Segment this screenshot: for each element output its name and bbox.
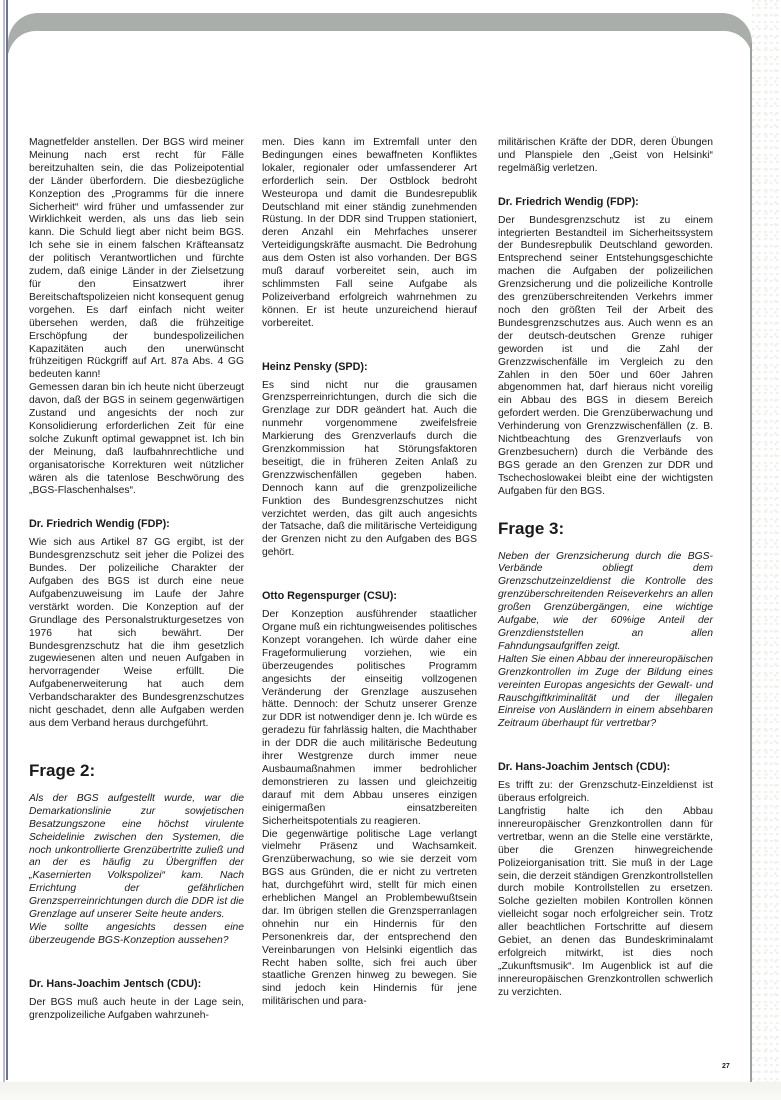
paragraph: Wie sich aus Artikel 87 GG ergibt, ist d…	[29, 537, 244, 731]
page-number: 27	[722, 1063, 730, 1070]
column-1: Magnetfelder anstellen. Der BGS wird mei…	[29, 137, 244, 1022]
article-body: Magnetfelder anstellen. Der BGS wird mei…	[29, 137, 741, 1077]
paragraph: militärischen Kräfte der DDR, deren Übun…	[498, 137, 713, 176]
paragraph: Gemessen daran bin ich heute nicht überz…	[29, 382, 244, 498]
question-title: Frage 2:	[29, 761, 244, 781]
question-text: Als der BGS aufgestellt wurde, war die D…	[29, 793, 244, 922]
speaker-block: Dr. Hans-Joachim Jentsch (CDU): Es triff…	[498, 761, 713, 999]
paragraph: Magnetfelder anstellen. Der BGS wird mei…	[29, 137, 244, 382]
speaker-block: Dr. Friedrich Wendig (FDP): Wie sich aus…	[29, 518, 244, 731]
question-title: Frage 3:	[498, 519, 713, 539]
speaker-block: Dr. Friedrich Wendig (FDP): Der Bundesgr…	[498, 196, 713, 499]
paragraph: Die gegenwärtige politische Lage verlang…	[262, 829, 477, 1010]
speaker-name: Dr. Hans-Joachim Jentsch (CDU):	[498, 761, 713, 774]
scan-margin-texture	[752, 0, 781, 1100]
frame-right-border	[750, 43, 752, 1083]
question-block: Frage 2: Als der BGS aufgestellt wurde, …	[29, 761, 244, 948]
question-text: Wie sollte angesichts dessen eine überze…	[29, 922, 244, 948]
speaker-name: Dr. Hans-Joachim Jentsch (CDU):	[29, 978, 244, 991]
column-2: men. Dies kann im Extremfall unter den B…	[262, 137, 477, 1009]
speaker-name: Dr. Friedrich Wendig (FDP):	[29, 518, 244, 531]
speaker-block: Dr. Hans-Joachim Jentsch (CDU): Der BGS …	[29, 978, 244, 1023]
paragraph: Der BGS muß auch heute in der Lage sein,…	[29, 997, 244, 1023]
paragraph: Der Konzeption ausführender staatlicher …	[262, 609, 477, 828]
question-text: Halten Sie einen Abbau der innereuropäis…	[498, 654, 713, 731]
continuation-text: men. Dies kann im Extremfall unter den B…	[262, 137, 477, 331]
paragraph: Der Bundesgrenzschutz ist zu einem integ…	[498, 215, 713, 499]
paragraph: Es trifft zu: der Grenzschutz-Einzeldien…	[498, 780, 713, 806]
speaker-name: Otto Regenspurger (CSU):	[262, 590, 477, 603]
speaker-name: Heinz Pensky (SPD):	[262, 361, 477, 374]
bottom-margin	[0, 1082, 781, 1100]
paragraph: Es sind nicht nur die grausamen Grenzspe…	[262, 380, 477, 561]
paragraph: Langfristig halte ich den Abbau innereur…	[498, 806, 713, 1000]
speaker-block: Otto Regenspurger (CSU): Der Konzeption …	[262, 590, 477, 1009]
question-block: Frage 3: Neben der Grenzsicherung durch …	[498, 519, 713, 732]
continuation-text: Magnetfelder anstellen. Der BGS wird mei…	[29, 137, 244, 498]
continuation-text: militärischen Kräfte der DDR, deren Übun…	[498, 137, 713, 176]
paragraph: men. Dies kann im Extremfall unter den B…	[262, 137, 477, 331]
speaker-name: Dr. Friedrich Wendig (FDP):	[498, 196, 713, 209]
speaker-block: Heinz Pensky (SPD): Es sind nicht nur di…	[262, 361, 477, 561]
header-inner	[8, 31, 752, 91]
column-3: militärischen Kräfte der DDR, deren Übun…	[498, 137, 713, 1000]
question-text: Neben der Grenzsicherung durch die BGS-V…	[498, 551, 713, 654]
